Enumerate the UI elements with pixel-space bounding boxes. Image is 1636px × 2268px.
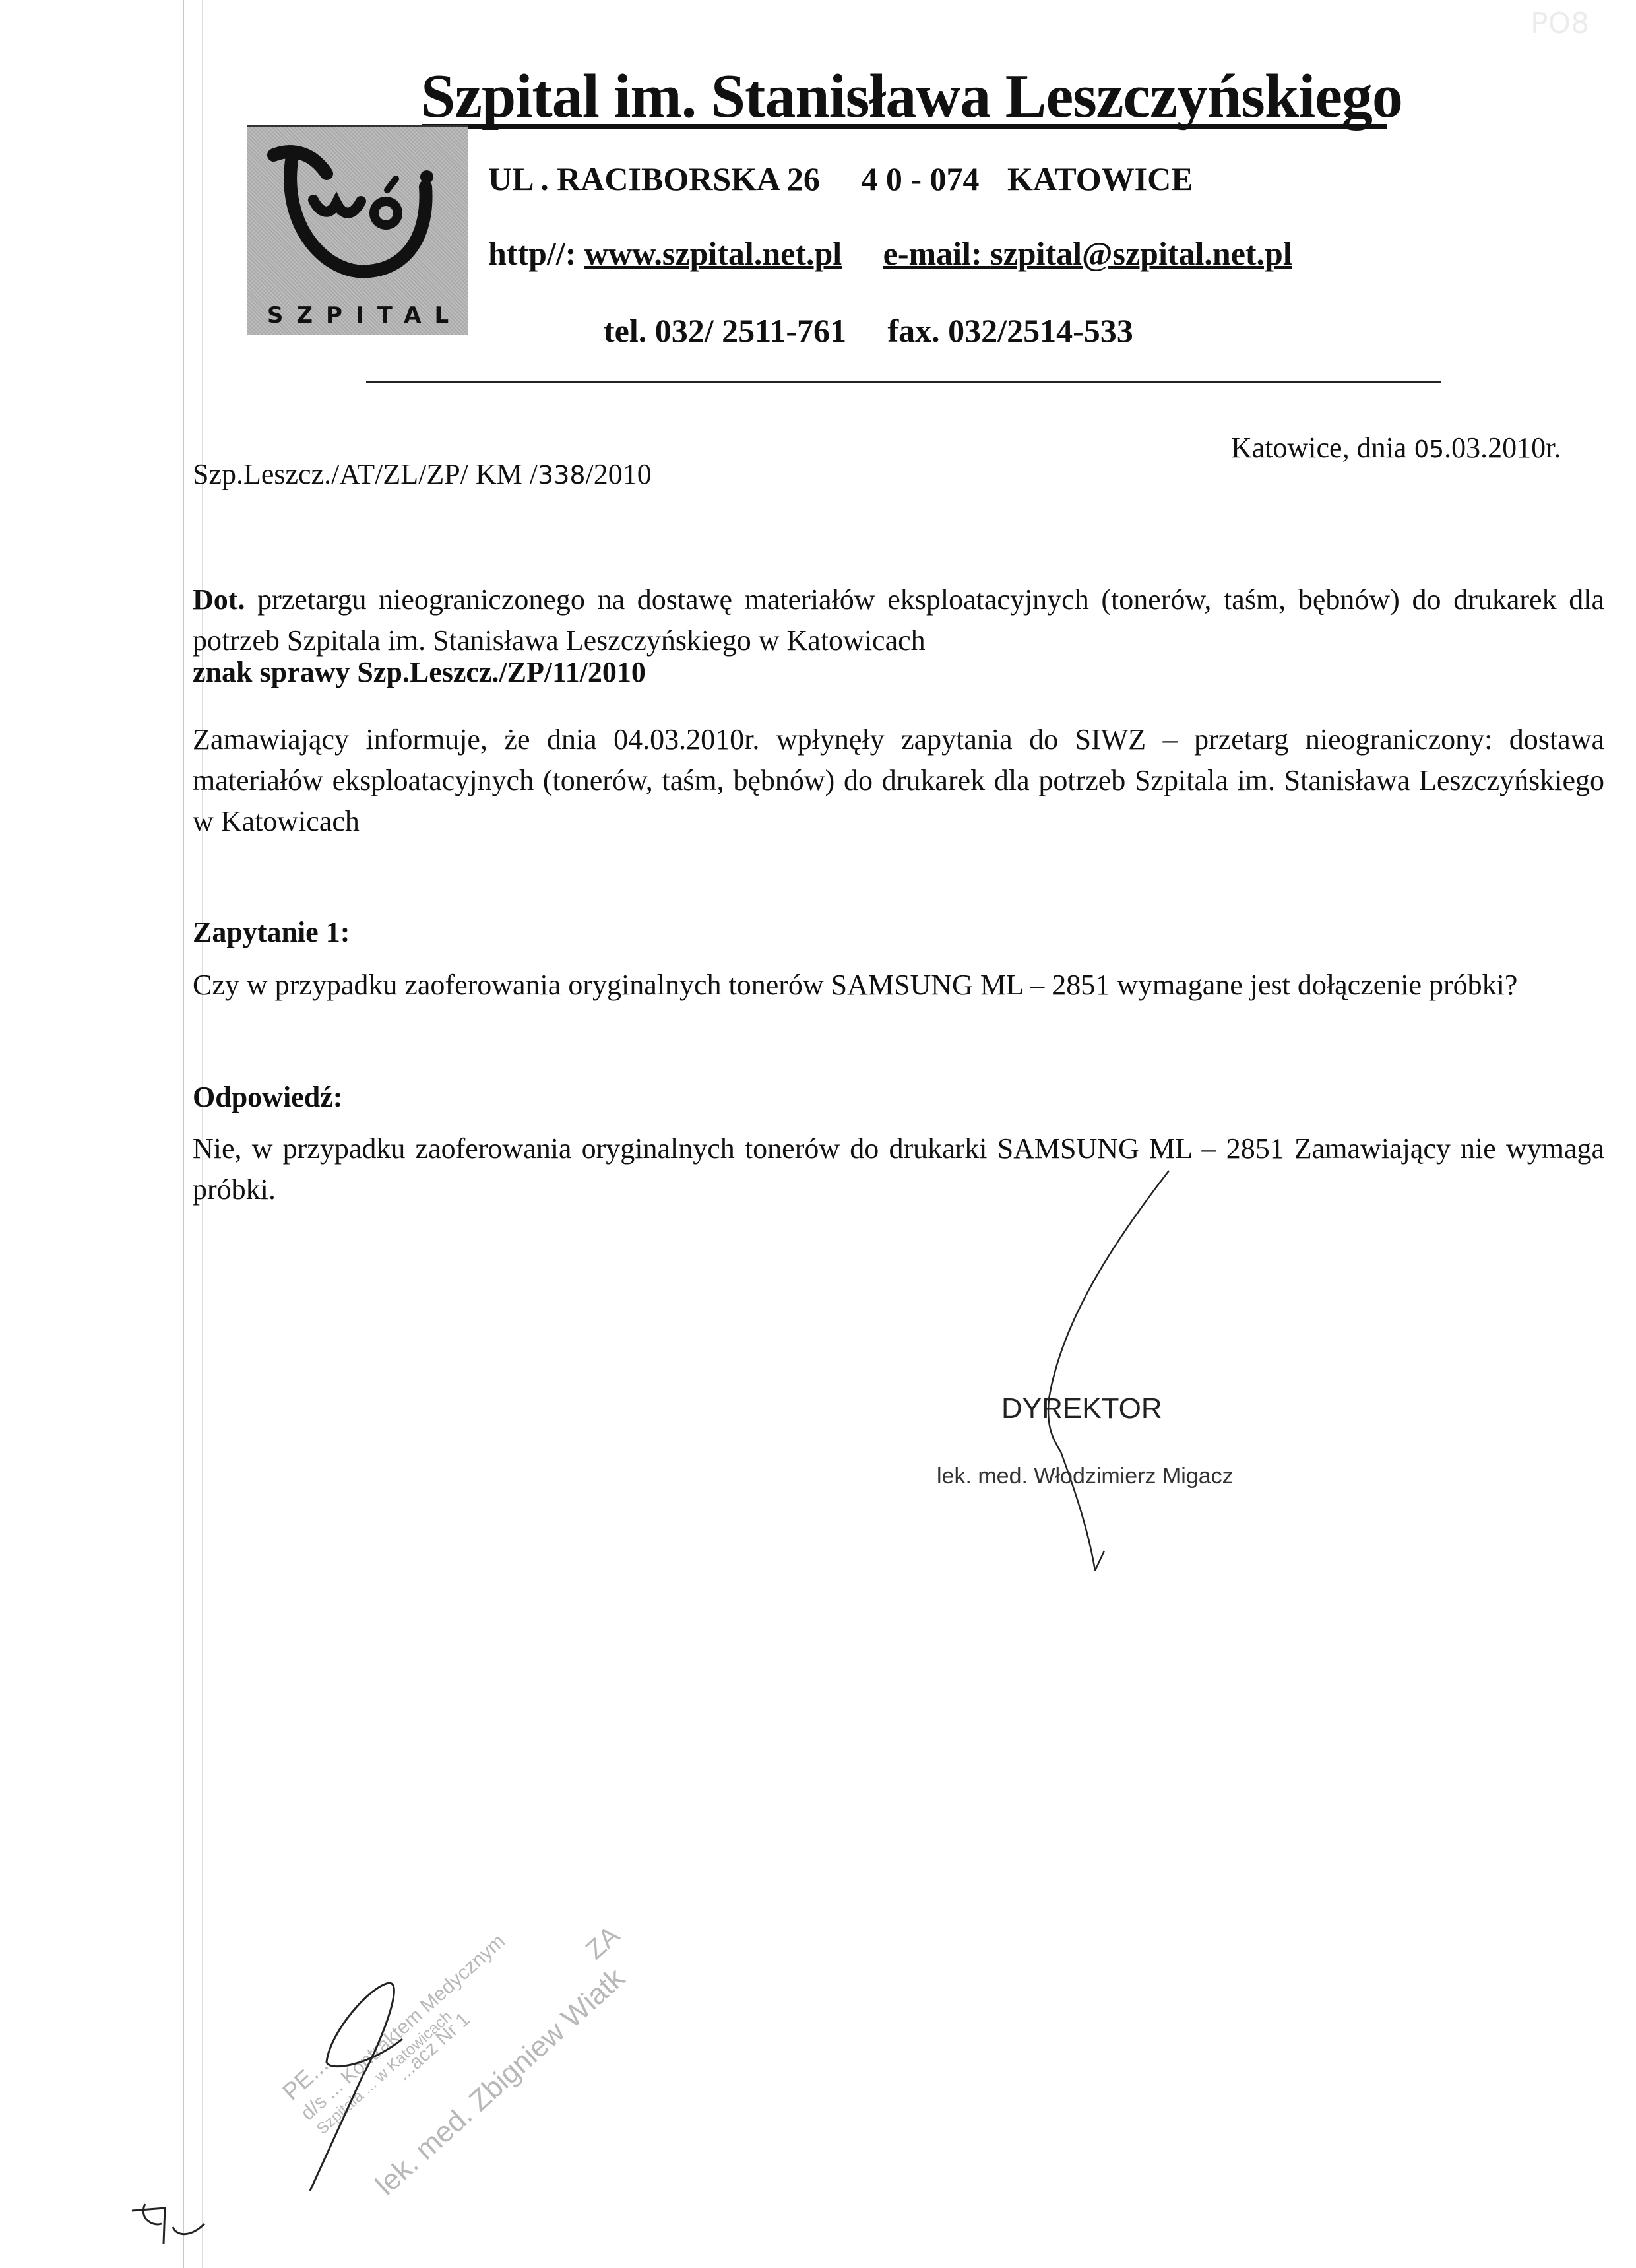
question-text: Czy w przypadku zaoferowania oryginalnyc… (193, 965, 1604, 1006)
handwritten-number: 338 (538, 461, 586, 490)
handwritten-initials (125, 2197, 231, 2250)
telephone: tel. 032/ 2511-761 (604, 312, 846, 349)
stamp-signature-stroke (290, 1973, 488, 2204)
handwritten-day: 05 (1414, 436, 1444, 463)
director-title: DYREKTOR (1001, 1392, 1162, 1425)
subject-lead: Dot. (193, 583, 245, 616)
street: UL . RACIBORSKA 26 (488, 160, 820, 197)
header-divider (366, 381, 1441, 383)
answer-label: Odpowiedź: (193, 1077, 342, 1118)
date-line: Katowice, dnia 05.03.2010r. (1231, 428, 1561, 470)
city: KATOWICE (1007, 160, 1193, 197)
case-reference: znak sprawy Szp.Leszcz./ZP/11/2010 (193, 652, 646, 693)
corner-mark: PO8 (1530, 7, 1589, 40)
website-link[interactable]: www.szpital.net.pl (584, 235, 842, 272)
title-underline (422, 124, 1387, 129)
reference-number: Szp.Leszcz./AT/ZL/ZP/ KM /338/2010 (193, 454, 652, 496)
answer-text: Nie, w przypadku zaoferowania oryginalny… (193, 1128, 1604, 1210)
smile-logo-icon (247, 127, 468, 299)
hospital-logo: SZPITAL (247, 125, 468, 335)
subject-text: przetargu nieograniczonego na dostawę ma… (193, 583, 1604, 657)
scan-edge-line (187, 0, 187, 2268)
email-label: e-mail: (883, 235, 982, 272)
logo-wordmark: SZPITAL (247, 302, 468, 329)
email-link[interactable]: szpital@szpital.net.pl (990, 235, 1292, 272)
web-label: http//: (488, 235, 576, 272)
hospital-name-title: Szpital im. Stanisława Leszczyńskiego (421, 61, 1402, 132)
address-line: UL . RACIBORSKA 26 4 0 - 074 KATOWICE (488, 160, 1193, 198)
intro-paragraph: Zamawiający informuje, że dnia 04.03.201… (193, 719, 1604, 842)
scan-edge-line (183, 0, 184, 2268)
director-signature-stroke (990, 1161, 1187, 1584)
contact-line: http//: www.szpital.net.pl e-mail: szpit… (488, 234, 1292, 273)
director-name: lek. med. Włodzimierz Migacz (937, 1464, 1234, 1489)
fax: fax. 032/2514-533 (888, 312, 1133, 349)
phone-line: tel. 032/ 2511-761 fax. 032/2514-533 (604, 311, 1133, 350)
subject-paragraph: Dot. przetargu nieograniczonego na dosta… (193, 579, 1604, 661)
question-label: Zapytanie 1: (193, 912, 350, 953)
postal-code: 4 0 - 074 (861, 160, 979, 197)
